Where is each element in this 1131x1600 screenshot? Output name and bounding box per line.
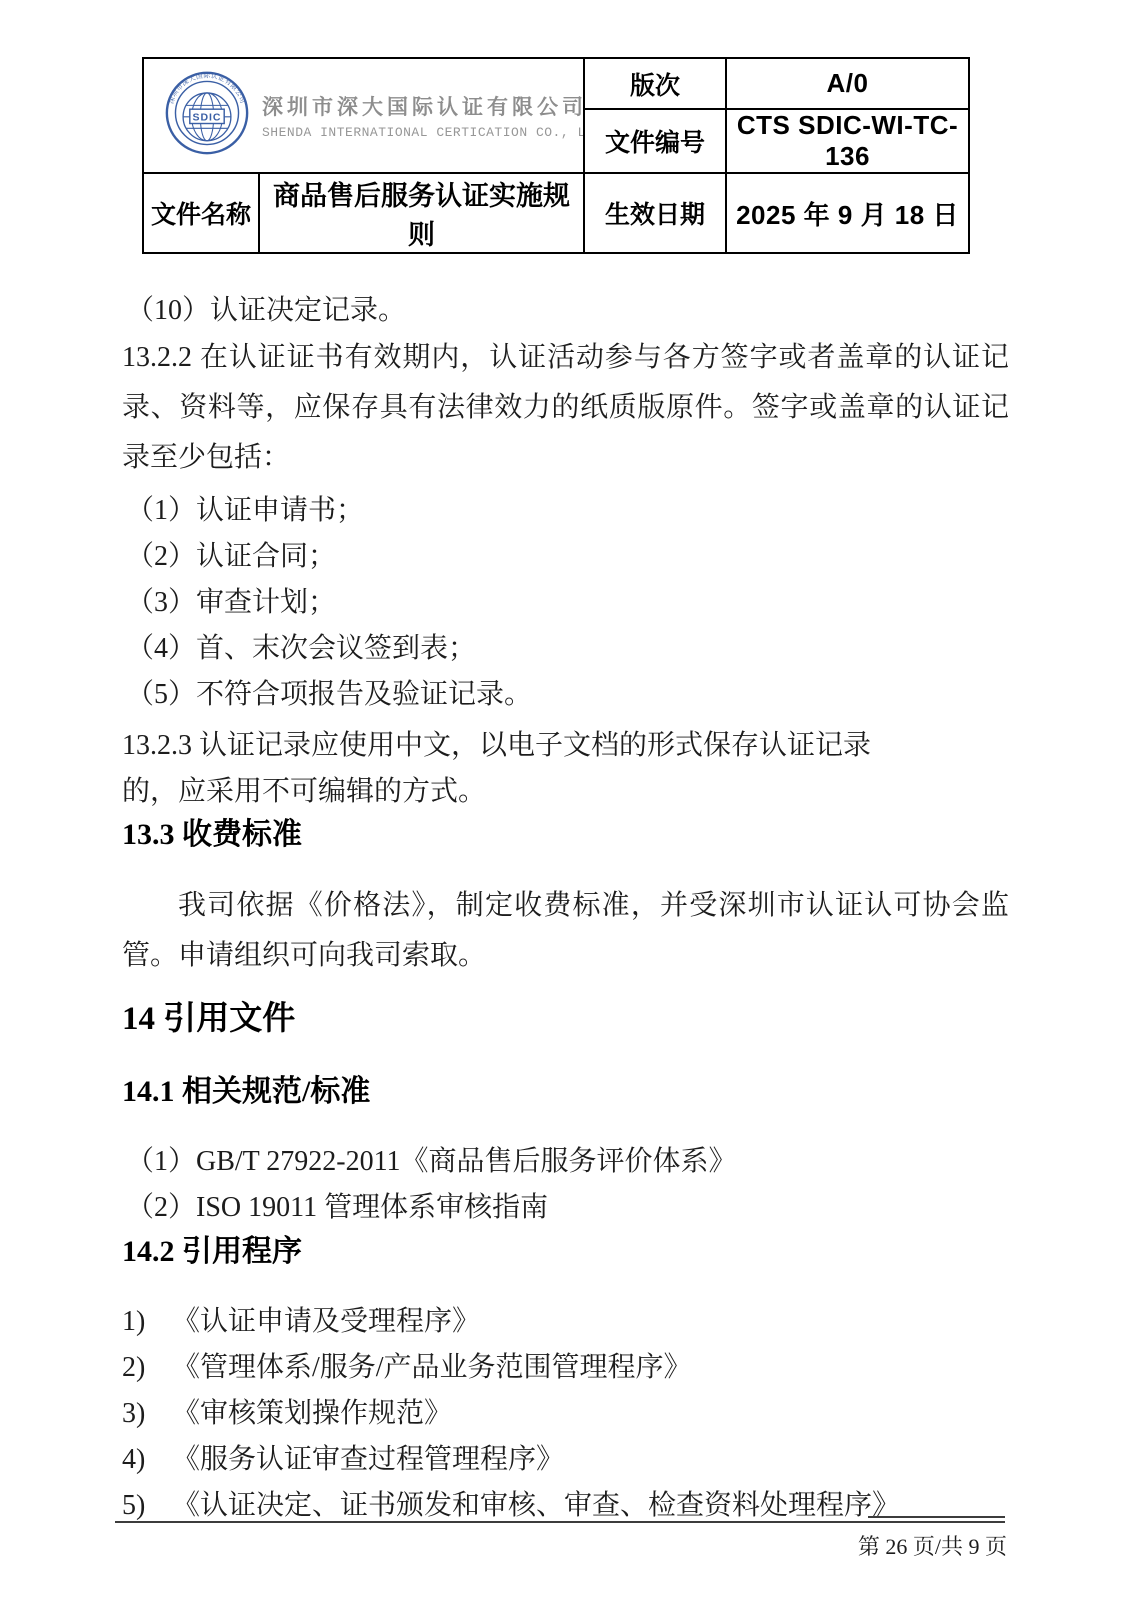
document-body: （10）认证决定记录。 13.2.2 在认证证书有效期内，认证活动参与各方签字或…	[0, 254, 1131, 1529]
evidence-record-list: （1）认证申请书； （2）认证合同； （3）审查计划； （4）首、末次会议签到表…	[122, 488, 1009, 717]
paragraph-13-2-2: 13.2.2 在认证证书有效期内，认证活动参与各方签字或者盖章的认证记录、资料等…	[122, 333, 1009, 483]
doc-name-value: 商品售后服务认证实施规则	[259, 173, 584, 253]
list-item: （4）首、末次会议签到表；	[122, 626, 1009, 671]
list-item: （1）认证申请书；	[122, 488, 1009, 533]
list-item: （1）GB/T 27922-2011《商品售后服务评价体系》	[122, 1139, 1009, 1185]
document-page: 深圳市深大国际认证有限公司 SDIC	[0, 0, 1131, 1600]
list-item-text: 《认证申请及受理程序》	[172, 1299, 1009, 1345]
doc-no-label: 文件编号	[584, 109, 726, 173]
svg-text:SDIC: SDIC	[193, 112, 222, 124]
list-item: （2）认证合同；	[122, 534, 1009, 579]
paragraph-13-2-3: 13.2.3 认证记录应使用中文，以电子文档的形式保存认证记录 的，应采用不可编…	[122, 723, 1009, 815]
heading-13-3: 13.3 收费标准	[122, 815, 1009, 855]
footer-rule	[115, 1521, 868, 1523]
header-table: 深圳市深大国际认证有限公司 SDIC	[142, 57, 970, 254]
list-item-text: 《服务认证审查过程管理程序》	[172, 1437, 1009, 1483]
company-name-en: SHENDA INTERNATIONAL CERTICATION CO., LT…	[262, 125, 584, 140]
standards-list: （1）GB/T 27922-2011《商品售后服务评价体系》 （2）ISO 19…	[122, 1139, 1009, 1231]
version-label: 版次	[584, 58, 726, 109]
list-item: 3) 《审核策划操作规范》	[122, 1391, 1009, 1437]
heading-14-2: 14.2 引用程序	[122, 1231, 1009, 1273]
list-item: 4) 《服务认证审查过程管理程序》	[122, 1437, 1009, 1483]
heading-14: 14 引用文件	[122, 997, 1009, 1041]
list-item-number: 4)	[122, 1437, 172, 1483]
company-names: 深圳市深大国际认证有限公司 SHENDA INTERNATIONAL CERTI…	[262, 91, 584, 140]
list-item: 1) 《认证申请及受理程序》	[122, 1299, 1009, 1345]
footer-rule-double	[868, 1516, 1005, 1523]
list-item: （5）不符合项报告及验证记录。	[122, 672, 1009, 717]
list-item: 2) 《管理体系/服务/产品业务范围管理程序》	[122, 1345, 1009, 1391]
list-item-number: 2)	[122, 1345, 172, 1391]
doc-name-label: 文件名称	[143, 173, 259, 253]
procedures-list: 1) 《认证申请及受理程序》 2) 《管理体系/服务/产品业务范围管理程序》 3…	[122, 1299, 1009, 1529]
list-item-number: 3)	[122, 1391, 172, 1437]
list-item-text: 《管理体系/服务/产品业务范围管理程序》	[172, 1345, 1009, 1391]
effective-date-label: 生效日期	[584, 173, 726, 253]
list-item-text: 《审核策划操作规范》	[172, 1391, 1009, 1437]
list-item-number: 1)	[122, 1299, 172, 1345]
company-logo-cell: 深圳市深大国际认证有限公司 SDIC	[143, 58, 584, 173]
paragraph-13-3: 我司依据《价格法》，制定收费标准，并受深圳市认证认可协会监管。申请组织可向我司索…	[122, 881, 1009, 981]
doc-no-value: CTS SDIC-WI-TC-136	[726, 109, 969, 173]
paragraph-item-10: （10）认证决定记录。	[122, 288, 1009, 333]
company-name-cn: 深圳市深大国际认证有限公司	[262, 91, 584, 121]
list-item: （2）ISO 19011 管理体系审核指南	[122, 1185, 1009, 1231]
version-value: A/0	[726, 58, 969, 109]
heading-14-1: 14.1 相关规范/标准	[122, 1071, 1009, 1113]
page-number: 第 26 页/共 9 页	[858, 1530, 1007, 1561]
header-table-wrap: 深圳市深大国际认证有限公司 SDIC	[0, 0, 1131, 254]
company-emblem-icon: 深圳市深大国际认证有限公司 SDIC	[164, 70, 250, 161]
list-item: （3）审查计划；	[122, 580, 1009, 625]
effective-date-value: 2025 年 9 月 18 日	[726, 173, 969, 253]
